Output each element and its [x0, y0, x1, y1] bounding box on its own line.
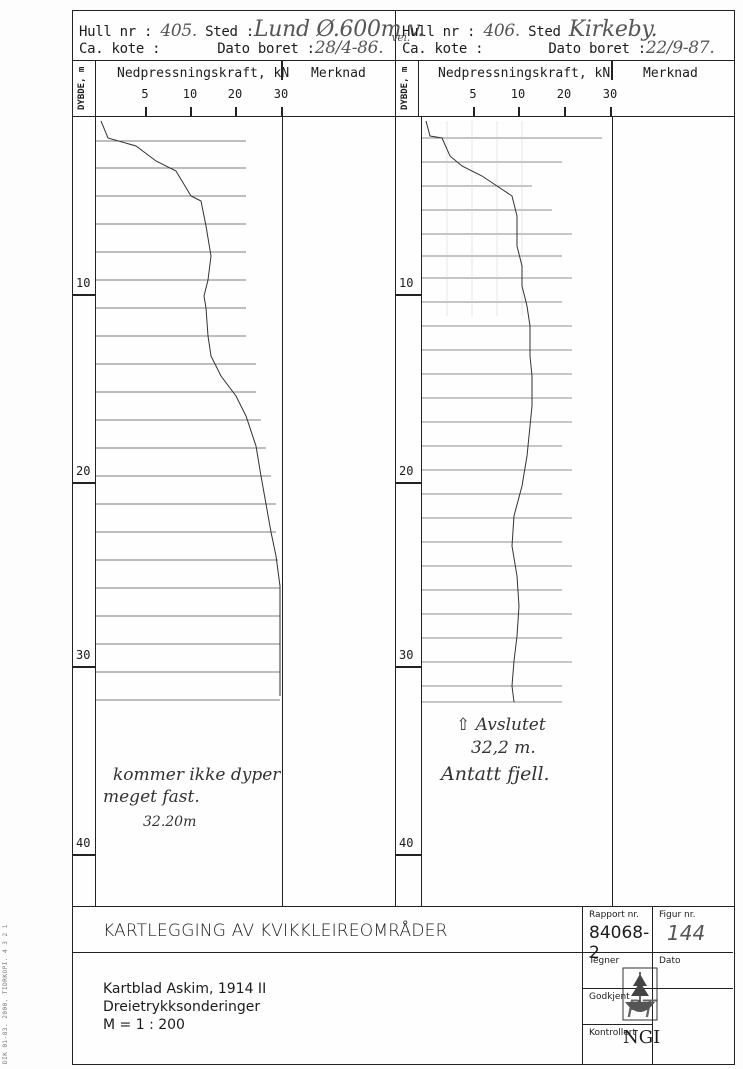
kote-label: Ca. kote :: [79, 41, 160, 57]
description-cell: Kartblad Askim, 1914 II Dreietrykksonder…: [73, 953, 583, 1064]
force-curve: [96, 116, 282, 716]
plot-area: 10 20 30 40: [73, 116, 395, 906]
force-plot-406: [422, 116, 612, 906]
method: Dreietrykksonderinger: [103, 999, 260, 1015]
handwritten-note: 32,2 m.: [471, 739, 536, 759]
handwritten-note: 32.20m: [143, 814, 196, 830]
figur-cell: Figur nr. 144: [653, 907, 733, 953]
column-headers: DYBDE, m Nedpressningskraft, kN 5 10 20 …: [73, 60, 395, 117]
rapport-cell: Rapport nr. 84068-2: [583, 907, 653, 953]
tick-5: 5: [469, 87, 476, 101]
handwritten-note: meget fast.: [103, 788, 200, 808]
borehole-panel-405: Hull nr : 405. Sted :Lund Ø.600m v. Ca. …: [73, 11, 396, 906]
remark-column-header: Merknad: [621, 60, 731, 116]
handwritten-note: ⇧ Avslutet: [456, 716, 546, 736]
ngi-logo: NGI: [621, 962, 665, 1062]
handwritten-note: kommer ikke dyper: [113, 766, 280, 786]
tick-30: 30: [274, 87, 288, 101]
force-curve: [422, 116, 612, 716]
column-headers: DYBDE, m Nedpressningskraft, kN 5 10 20 …: [396, 60, 734, 117]
figur-number: 144: [667, 921, 705, 945]
tick-10: 10: [511, 87, 525, 101]
title-block: KARTLEGGING AV KVIKKLEIREOMRÅDER Kartbla…: [73, 906, 734, 1064]
force-column-header: Nedpressningskraft, kN 5 10 20 30: [418, 60, 618, 116]
dato-value: 28/4-86.: [315, 38, 384, 58]
dato-value: 22/9-87.: [646, 38, 715, 58]
dato-label: Dato boret :: [548, 41, 646, 57]
scale: M = 1 : 200: [103, 1017, 185, 1033]
tick-20: 20: [228, 87, 242, 101]
plot-area: 10 20 30 40: [396, 116, 734, 906]
project-title-cell: KARTLEGGING AV KVIKKLEIREOMRÅDER: [73, 907, 583, 953]
borehole-panel-406: Hull nr : 406. Sted Kirkeby. Ca. kote : …: [396, 11, 734, 906]
borehole-header: Hull nr : 406. Sted Kirkeby. Ca. kote : …: [396, 11, 734, 61]
remark-column-header: Merknad: [291, 60, 391, 116]
tree-logo-icon: [621, 962, 661, 1024]
depth-scale: 10 20 30 40: [396, 116, 422, 906]
map-sheet: Kartblad Askim, 1914 II: [103, 981, 266, 997]
depth-column-header: DYBDE, m: [73, 60, 96, 116]
kote-label: Ca. kote :: [402, 41, 483, 57]
depth-column-header: DYBDE, m: [396, 60, 419, 116]
depth-scale: 10 20 30 40: [73, 116, 96, 906]
borehole-header: Hull nr : 405. Sted :Lund Ø.600m v. Ca. …: [73, 11, 395, 61]
tick-30: 30: [603, 87, 617, 101]
margin-print-code: DIK 01-83. 2000. TIDRKOPI. 4 3 2 1: [2, 924, 9, 1064]
logo-text: NGI: [623, 1027, 660, 1048]
force-column-header: Nedpressningskraft, kN 5 10 20 30: [95, 60, 290, 116]
dato-cell: Dato: [653, 953, 733, 989]
tick-5: 5: [141, 87, 148, 101]
remark-column: [612, 116, 734, 906]
tick-20: 20: [557, 87, 571, 101]
sounding-sheet: Hull nr : 405. Sted :Lund Ø.600m v. Ca. …: [72, 10, 735, 1065]
handwritten-note: Antatt fjell.: [441, 764, 550, 786]
project-title: KARTLEGGING AV KVIKKLEIREOMRÅDER: [103, 921, 448, 941]
remark-column: [282, 116, 395, 906]
dato-label: Dato boret :: [217, 41, 315, 57]
tick-10: 10: [183, 87, 197, 101]
